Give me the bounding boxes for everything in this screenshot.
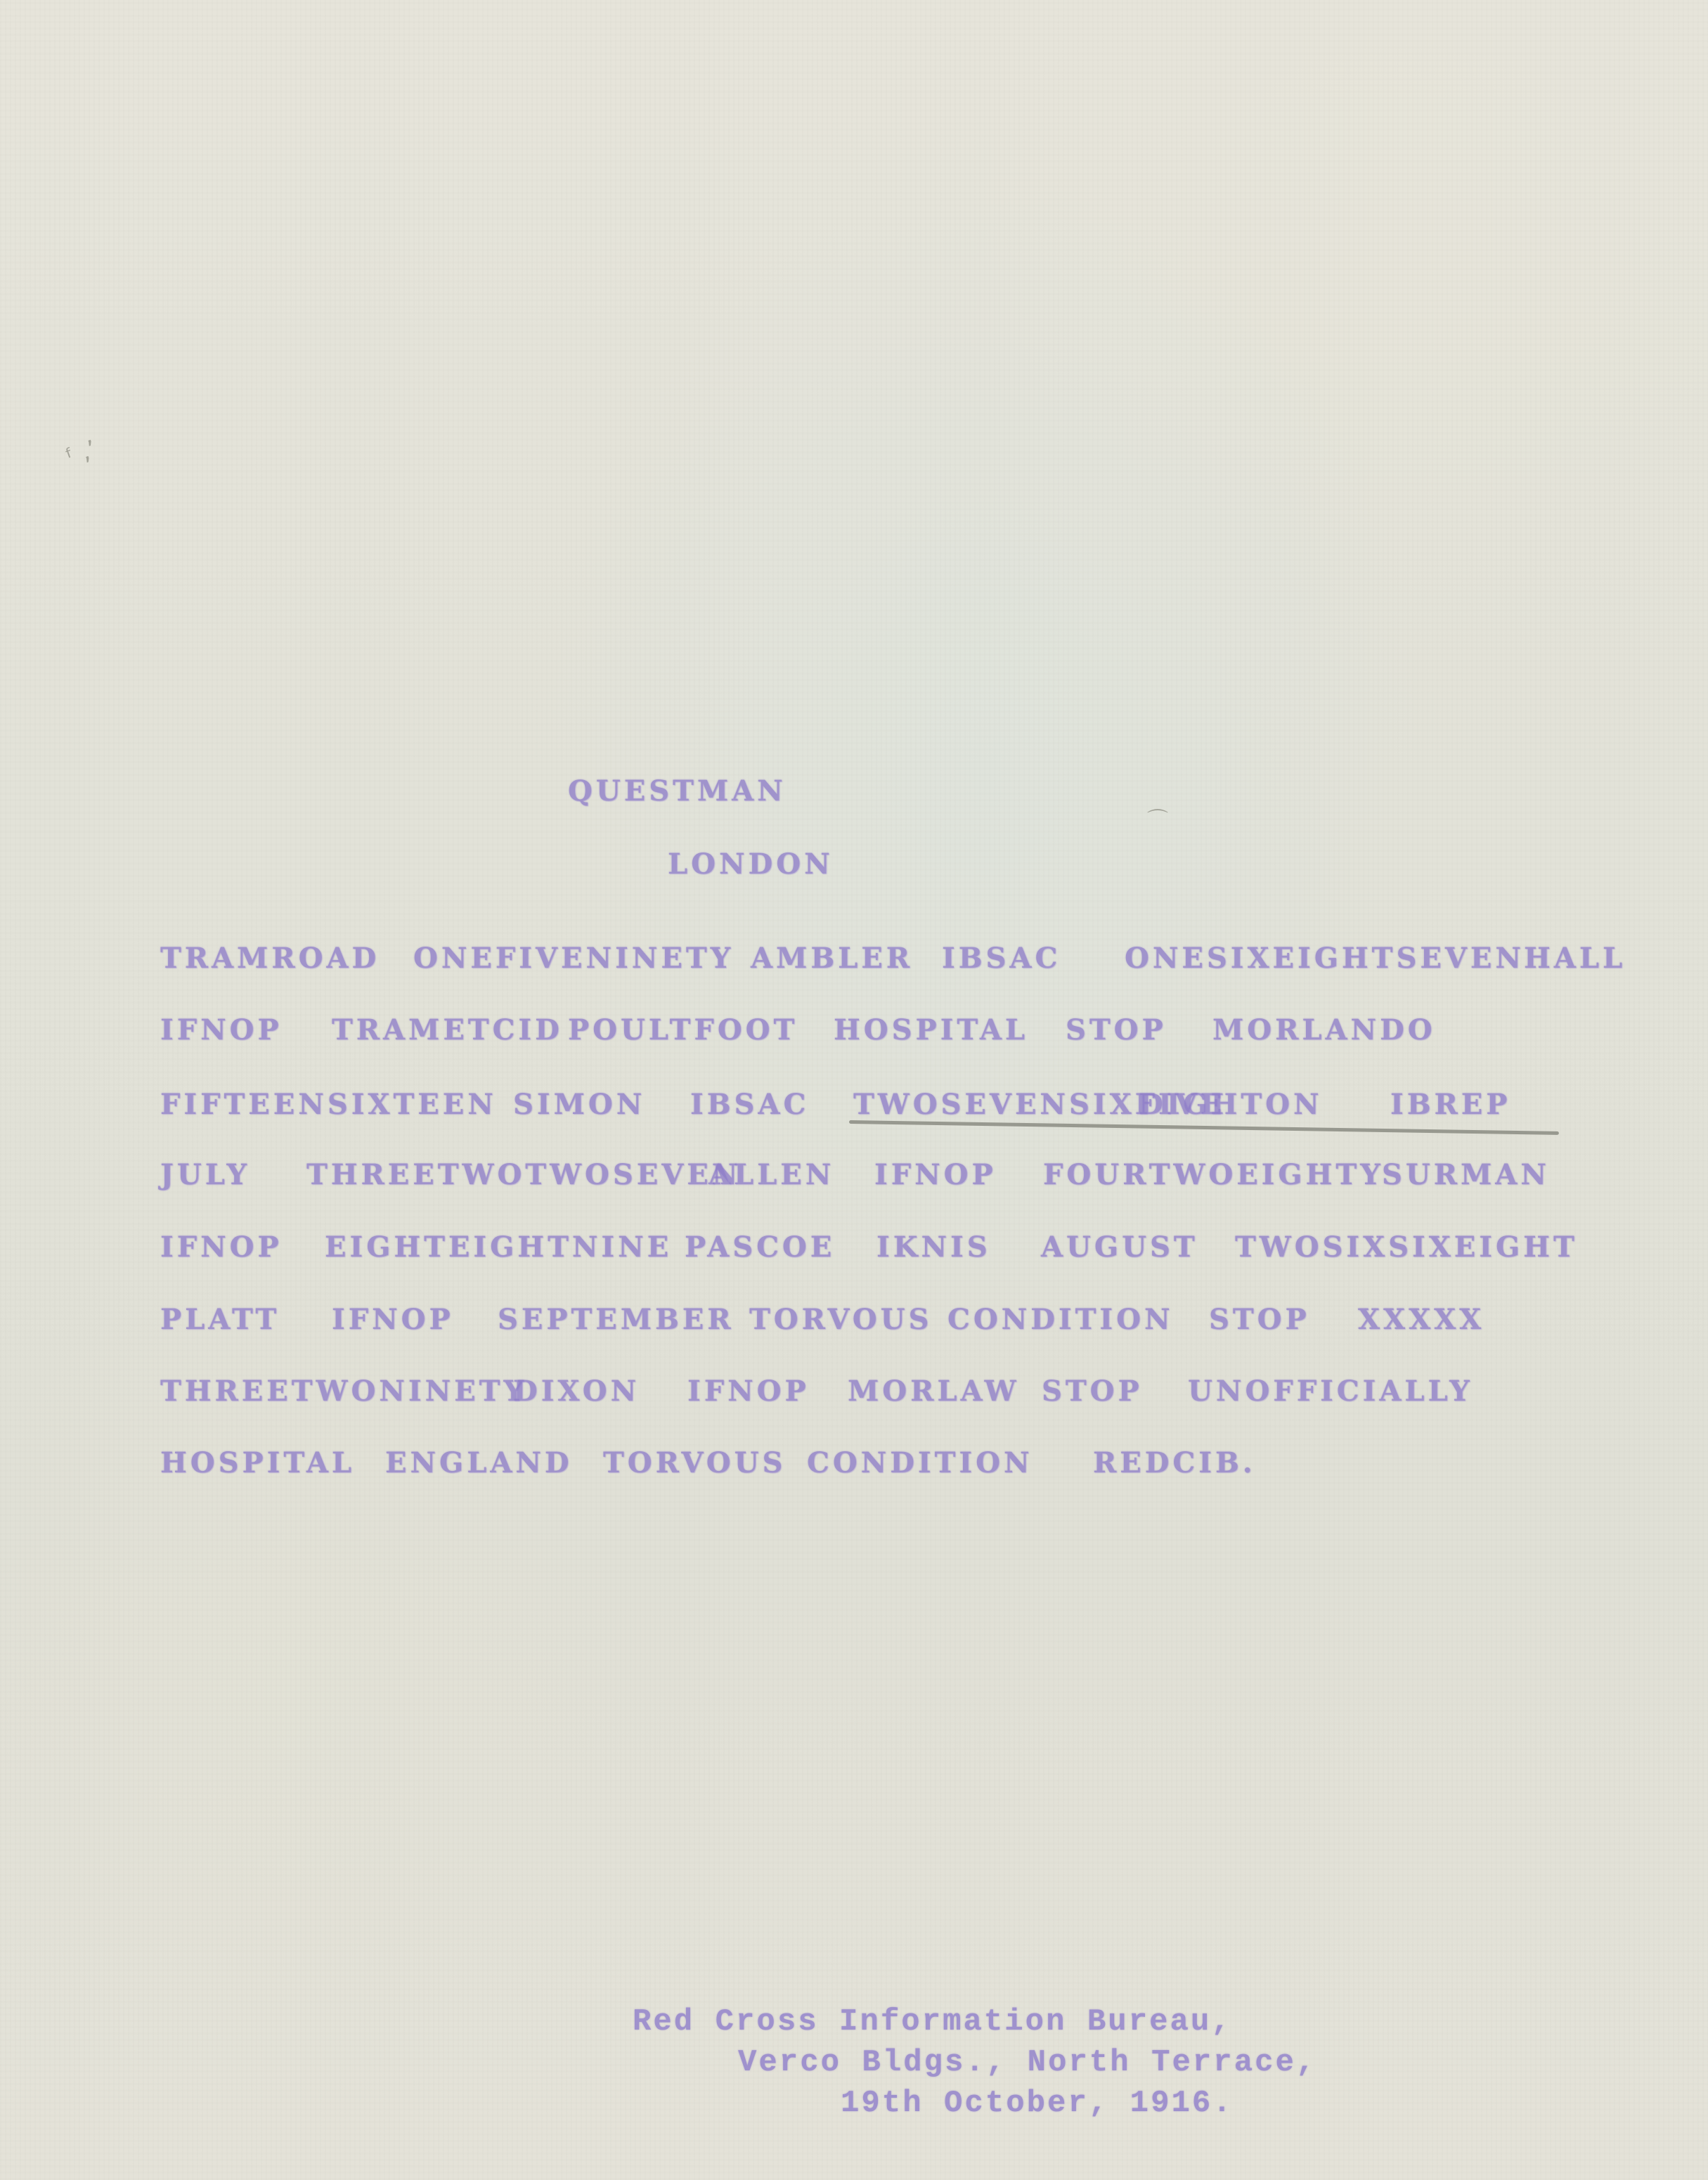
cable-word: STOP <box>1066 1016 1167 1044</box>
cable-word: DIXON <box>513 1377 640 1406</box>
cable-word: STOP <box>1209 1306 1310 1334</box>
cable-word: PASCOE <box>685 1233 835 1261</box>
addressee-name: QUESTMAN <box>568 777 787 805</box>
cable-word: HALL <box>1524 945 1626 973</box>
cable-word: TORVOUS <box>603 1449 786 1477</box>
signature-line-1: Red Cross Information Bureau, <box>633 2004 1232 2039</box>
cable-word: ONESIXEIGHTSEVEN <box>1125 945 1525 973</box>
cable-word: MORLAW <box>848 1377 1019 1406</box>
cable-word: TRAMETCID <box>332 1016 563 1044</box>
cable-word: DIGHTON <box>1139 1091 1323 1119</box>
cable-word: IBSAC <box>942 945 1061 973</box>
cable-word: POULTFOOT <box>568 1016 798 1044</box>
cable-word: EIGHTEIGHTNINE <box>325 1233 672 1261</box>
cable-word: IFNOP <box>160 1233 283 1261</box>
margin-pencil-marks: ᶠ ‚ʼ <box>63 435 101 472</box>
cable-word: FOURTWOEIGHTY <box>1043 1161 1384 1189</box>
cable-word: CONDITION <box>947 1306 1174 1334</box>
cable-word: SIMON <box>513 1091 645 1119</box>
cable-word: IFNOP <box>332 1306 454 1334</box>
cable-word: PLATT <box>160 1306 280 1334</box>
cable-word: TRAMROAD <box>160 945 380 973</box>
cable-word: THREETWONINETY <box>160 1377 527 1406</box>
cable-word: ALLEN <box>709 1161 834 1189</box>
cable-word: ENGLAND <box>385 1449 573 1477</box>
cable-word: IKNIS <box>876 1233 991 1261</box>
cable-word: UNOFFICIALLY <box>1188 1377 1473 1406</box>
cable-word: SEPTEMBER <box>498 1306 735 1334</box>
stray-pencil-mark: ⌒ <box>1147 803 1168 833</box>
pencil-underline <box>849 1120 1559 1135</box>
cable-word: IFNOP <box>160 1016 283 1044</box>
cable-word: IFNOP <box>874 1161 997 1189</box>
cable-word: IBSAC <box>690 1091 809 1119</box>
signature-line-3: 19th October, 1916. <box>841 2086 1234 2121</box>
cable-word: XXXXX <box>1358 1306 1484 1334</box>
cable-word: MORLANDO <box>1212 1016 1436 1044</box>
cable-word: SURMAN <box>1382 1161 1550 1189</box>
cable-word: AMBLER <box>751 945 913 973</box>
cable-word: THREETWOTWOSEVEN <box>306 1161 741 1189</box>
cable-word: REDCIB. <box>1093 1449 1256 1477</box>
cable-word: STOP <box>1042 1377 1143 1406</box>
cable-word: ONEFIVENINETY <box>413 945 734 973</box>
signature-line-2: Verco Bldgs., North Terrace, <box>738 2045 1316 2080</box>
cable-word: TWOSIXSIXEIGHT <box>1235 1233 1578 1261</box>
cable-word: IBREP <box>1390 1091 1510 1119</box>
cable-word: CONDITION <box>807 1449 1033 1477</box>
cable-word: HOSPITAL <box>834 1016 1028 1044</box>
cable-word: IFNOP <box>687 1377 810 1406</box>
cable-word: HOSPITAL <box>160 1449 355 1477</box>
addressee-city: LONDON <box>668 850 834 878</box>
cable-word: AUGUST <box>1041 1233 1198 1261</box>
cable-word: JULY <box>160 1161 250 1189</box>
cable-word: TORVOUS <box>749 1306 932 1334</box>
cable-word: FIFTEENSIXTEEN <box>160 1091 497 1119</box>
